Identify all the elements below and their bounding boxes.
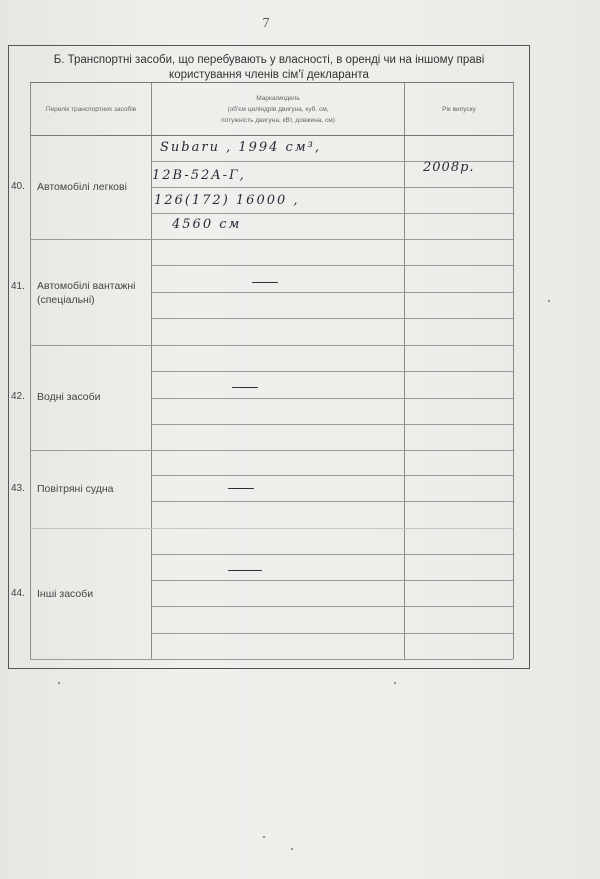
row-40-label: Автомобілі легкові xyxy=(37,180,127,194)
subrow-line xyxy=(151,633,513,634)
subrow-line xyxy=(151,265,513,266)
row-40-model-line2: 12B-52A-Г, xyxy=(152,168,246,183)
header-vehicle-list: Перелік транспортних засобів xyxy=(31,83,151,135)
group-divider-41-42 xyxy=(30,345,513,346)
header-bottom-line xyxy=(30,135,513,136)
header-make-model-line1: Марка/модель xyxy=(256,93,299,104)
scan-speck xyxy=(291,848,293,850)
row-44-model-dash xyxy=(228,570,262,571)
group-divider-42-43 xyxy=(30,450,513,451)
row-40-year: 2008р. xyxy=(423,160,475,175)
page-number: 7 xyxy=(0,16,532,32)
row-40-model-line4: 4560 см xyxy=(172,217,241,232)
subrow-line xyxy=(151,371,513,372)
row-41-label-line2: (спеціальні) xyxy=(37,293,135,307)
scan-speck xyxy=(394,682,396,684)
subrow-line xyxy=(151,187,513,188)
row-44-label: Інші засоби xyxy=(37,587,93,601)
row-42-label: Водні засоби xyxy=(37,390,101,404)
table-bottom-border xyxy=(30,659,513,660)
row-40-number: 40. xyxy=(11,181,25,192)
header-make-model-line2: (об'єм циліндрів двигуна, куб. см, xyxy=(227,104,328,115)
subrow-line xyxy=(151,475,513,476)
row-40-model-line3: 126(172) 16000 , xyxy=(154,193,300,208)
section-title-line2: користування членів сім'ї декларанта xyxy=(8,68,530,83)
group-divider-40-41 xyxy=(30,239,513,240)
subrow-line xyxy=(151,606,513,607)
scan-speck xyxy=(58,682,60,684)
table-right-border xyxy=(513,82,514,659)
row-43-number: 43. xyxy=(11,483,25,494)
section-title-line1: Б. Транспортні засоби, що перебувають у … xyxy=(8,53,530,68)
section-frame xyxy=(8,45,530,669)
row-43-model-dash xyxy=(228,488,254,489)
subrow-line xyxy=(151,213,513,214)
header-make-model-line3: потужність двигуна, кВт, довжина, см) xyxy=(221,115,335,126)
section-title: Б. Транспортні засоби, що перебувають у … xyxy=(8,53,530,83)
row-44-number: 44. xyxy=(11,588,25,599)
row-40-model-line1: Subaru , 1994 см³, xyxy=(160,140,321,155)
subrow-line xyxy=(151,292,513,293)
row-41-label-line1: Автомобілі вантажні xyxy=(37,279,135,293)
row-41-label: Автомобілі вантажні (спеціальні) xyxy=(37,279,135,307)
row-41-model-dash xyxy=(252,282,278,283)
subrow-line xyxy=(151,318,513,319)
scan-speck xyxy=(548,300,550,302)
row-42-number: 42. xyxy=(11,391,25,402)
group-divider-43-44 xyxy=(30,528,513,529)
row-43-label: Повітряні судна xyxy=(37,482,113,496)
header-year: Рік випуску xyxy=(405,83,513,135)
row-41-number: 41. xyxy=(11,281,25,292)
header-make-model: Марка/модель (об'єм циліндрів двигуна, к… xyxy=(152,83,404,135)
subrow-line xyxy=(151,554,513,555)
table-left-border xyxy=(30,82,31,659)
subrow-line xyxy=(151,580,513,581)
subrow-line xyxy=(151,501,513,502)
subrow-line xyxy=(151,398,513,399)
subrow-line xyxy=(151,424,513,425)
row-42-model-dash xyxy=(232,387,258,388)
scan-speck xyxy=(263,836,265,838)
